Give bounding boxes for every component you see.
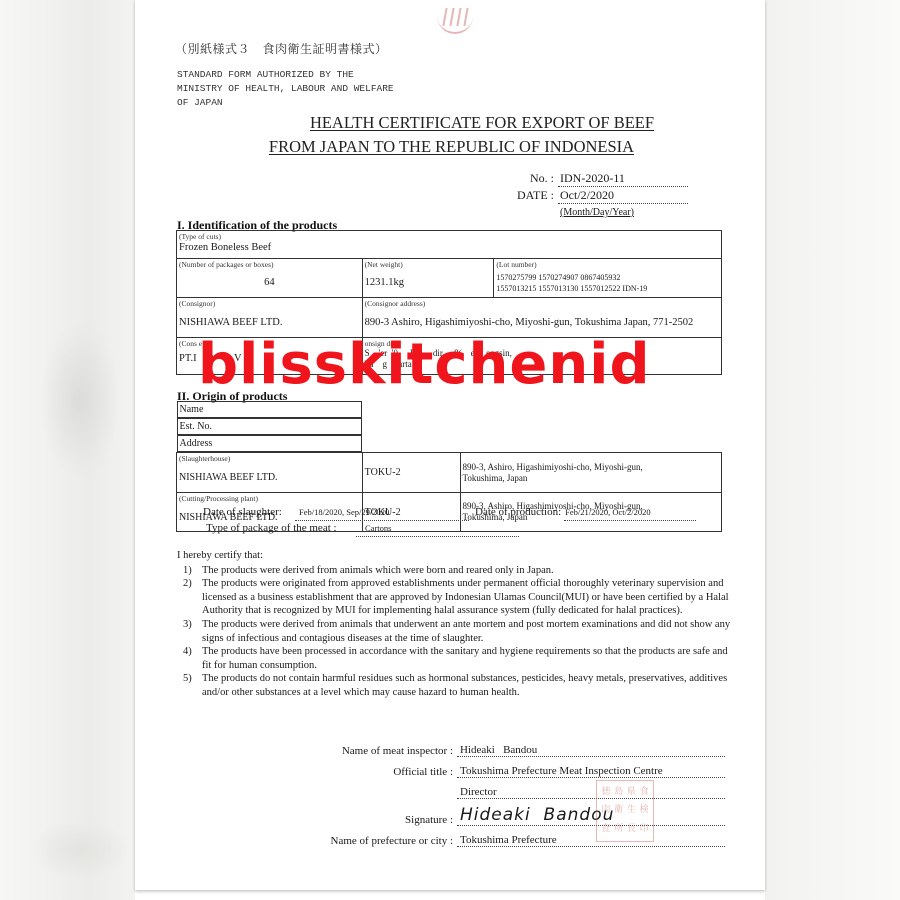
list-item: 5)The products do not contain harmful re… xyxy=(177,672,737,699)
certificate-number: IDN-2020-11 xyxy=(558,170,688,187)
packages-value: 64 xyxy=(179,276,360,289)
processing-plant-caption: (Cutting/Processing plant) xyxy=(179,494,360,503)
japanese-form-title: （別紙様式３ 食肉衛生証明書様式） xyxy=(175,40,388,57)
dates-block: Date of slaughter: Feb/18/2020, Sep/29/2… xyxy=(203,505,696,537)
list-item: 2)The products were originated from appr… xyxy=(177,577,737,618)
production-date-label: Date of production: xyxy=(475,505,561,520)
packages-caption: (Number of packages or boxes) xyxy=(179,260,360,269)
watermark-text: blisskitchenid xyxy=(198,335,651,395)
package-type-label: Type of package of the meat : xyxy=(206,521,356,536)
lot-number-line2: 1557013215 1557013130 1557012522 IDN-19 xyxy=(496,283,719,294)
certificate-page: （別紙様式３ 食肉衛生証明書様式） STANDARD FORM AUTHORIZ… xyxy=(135,0,765,890)
background-blur xyxy=(40,320,120,480)
inspector-name: Hideaki Bandou xyxy=(457,744,725,757)
signatory-block: Name of meat inspector : Hideaki Bandou … xyxy=(275,736,725,847)
slaughterhouse-address-line1: 890-3, Ashiro, Higashimiyoshi-cho, Miyos… xyxy=(463,462,720,473)
inspector-label: Name of meat inspector : xyxy=(275,745,457,757)
table-header-row: Name Est. No. Address xyxy=(177,401,722,453)
slaughterhouse-caption: (Slaughterhouse) xyxy=(179,454,360,463)
package-type-value: Cartons xyxy=(356,521,519,537)
signature-label: Signature : xyxy=(275,814,457,826)
prefecture-label: Name of prefecture or city : xyxy=(275,835,457,847)
consignor-address-value: 890-3 Ashiro, Higashimiyoshi-cho, Miyosh… xyxy=(365,316,719,329)
slaughterhouse-name: NISHIAWA BEEF LTD. xyxy=(179,471,360,484)
official-seal-stamp: 徳島県食 肉衛生検 査所長印 xyxy=(596,780,654,842)
certification-statement: I hereby certify that: 1)The products we… xyxy=(177,549,737,700)
certificate-meta: No. : IDN-2020-11 DATE : Oct/2/2020 (Mon… xyxy=(510,170,688,221)
official-title-label: Official title : xyxy=(275,766,457,778)
consignor-value: NISHIAWA BEEF LTD. xyxy=(179,316,360,329)
column-header-address: Address xyxy=(177,435,363,452)
column-header-est-no: Est. No. xyxy=(177,418,363,435)
net-weight-value: 1231.1kg xyxy=(365,276,492,289)
number-label: No. : xyxy=(510,170,554,187)
consignor-caption: (Consignor) xyxy=(179,299,360,308)
lot-number-line1: 1570275799 1570274907 0867405932 xyxy=(496,272,719,283)
top-stamp-mark xyxy=(437,8,473,34)
column-header-name: Name xyxy=(177,401,363,418)
official-title-line1: Tokushima Prefecture Meat Inspection Cen… xyxy=(457,765,725,778)
production-date-value: Feb/21/2020, Oct/2/2020 xyxy=(564,505,696,521)
type-of-cuts-value: Frozen Boneless Beef xyxy=(179,241,719,254)
list-item: 3)The products were derived from animals… xyxy=(177,618,737,645)
type-of-cuts-caption: (Type of cuts) xyxy=(179,232,719,241)
prefecture-value: Tokushima Prefecture xyxy=(457,834,725,847)
slaughterhouse-est-no: TOKU-2 xyxy=(365,466,458,479)
list-item: 1)The products were derived from animals… xyxy=(177,564,737,578)
slaughter-date-value: Feb/18/2020, Sep/29/2020 xyxy=(295,505,469,521)
official-title-line2: Director xyxy=(457,786,725,799)
list-item: 4)The products have been processed in ac… xyxy=(177,645,737,672)
certificate-date: Oct/2/2020 xyxy=(558,187,688,204)
slaughter-date-label: Date of slaughter: xyxy=(203,505,295,520)
lot-number-caption: (Lot number) xyxy=(496,260,719,269)
certification-list: 1)The products were derived from animals… xyxy=(177,564,737,700)
table-row: (Slaughterhouse) NISHIAWA BEEF LTD. TOKU… xyxy=(177,453,722,493)
certificate-title-line1: HEALTH CERTIFICATE FOR EXPORT OF BEEF xyxy=(135,113,765,133)
certificate-title-line2: FROM JAPAN TO THE REPUBLIC OF INDONESIA xyxy=(135,137,765,157)
authority-statement: STANDARD FORM AUTHORIZED BY THEMINISTRY … xyxy=(177,68,394,110)
slaughterhouse-address-line2: Tokushima, Japan xyxy=(463,473,720,484)
background-blur xyxy=(30,820,130,880)
table-row: (Type of cuts) Frozen Boneless Beef xyxy=(177,231,722,259)
certification-intro: I hereby certify that: xyxy=(177,549,737,563)
signature: Hideaki Bandou xyxy=(457,805,725,826)
consignor-address-caption: (Consignor address) xyxy=(365,299,719,308)
table-row: (Number of packages or boxes) 64 (Net we… xyxy=(177,259,722,298)
date-label: DATE : xyxy=(510,187,554,204)
date-format-hint: (Month/Day/Year) xyxy=(558,205,688,221)
net-weight-caption: (Net weight) xyxy=(365,260,492,269)
